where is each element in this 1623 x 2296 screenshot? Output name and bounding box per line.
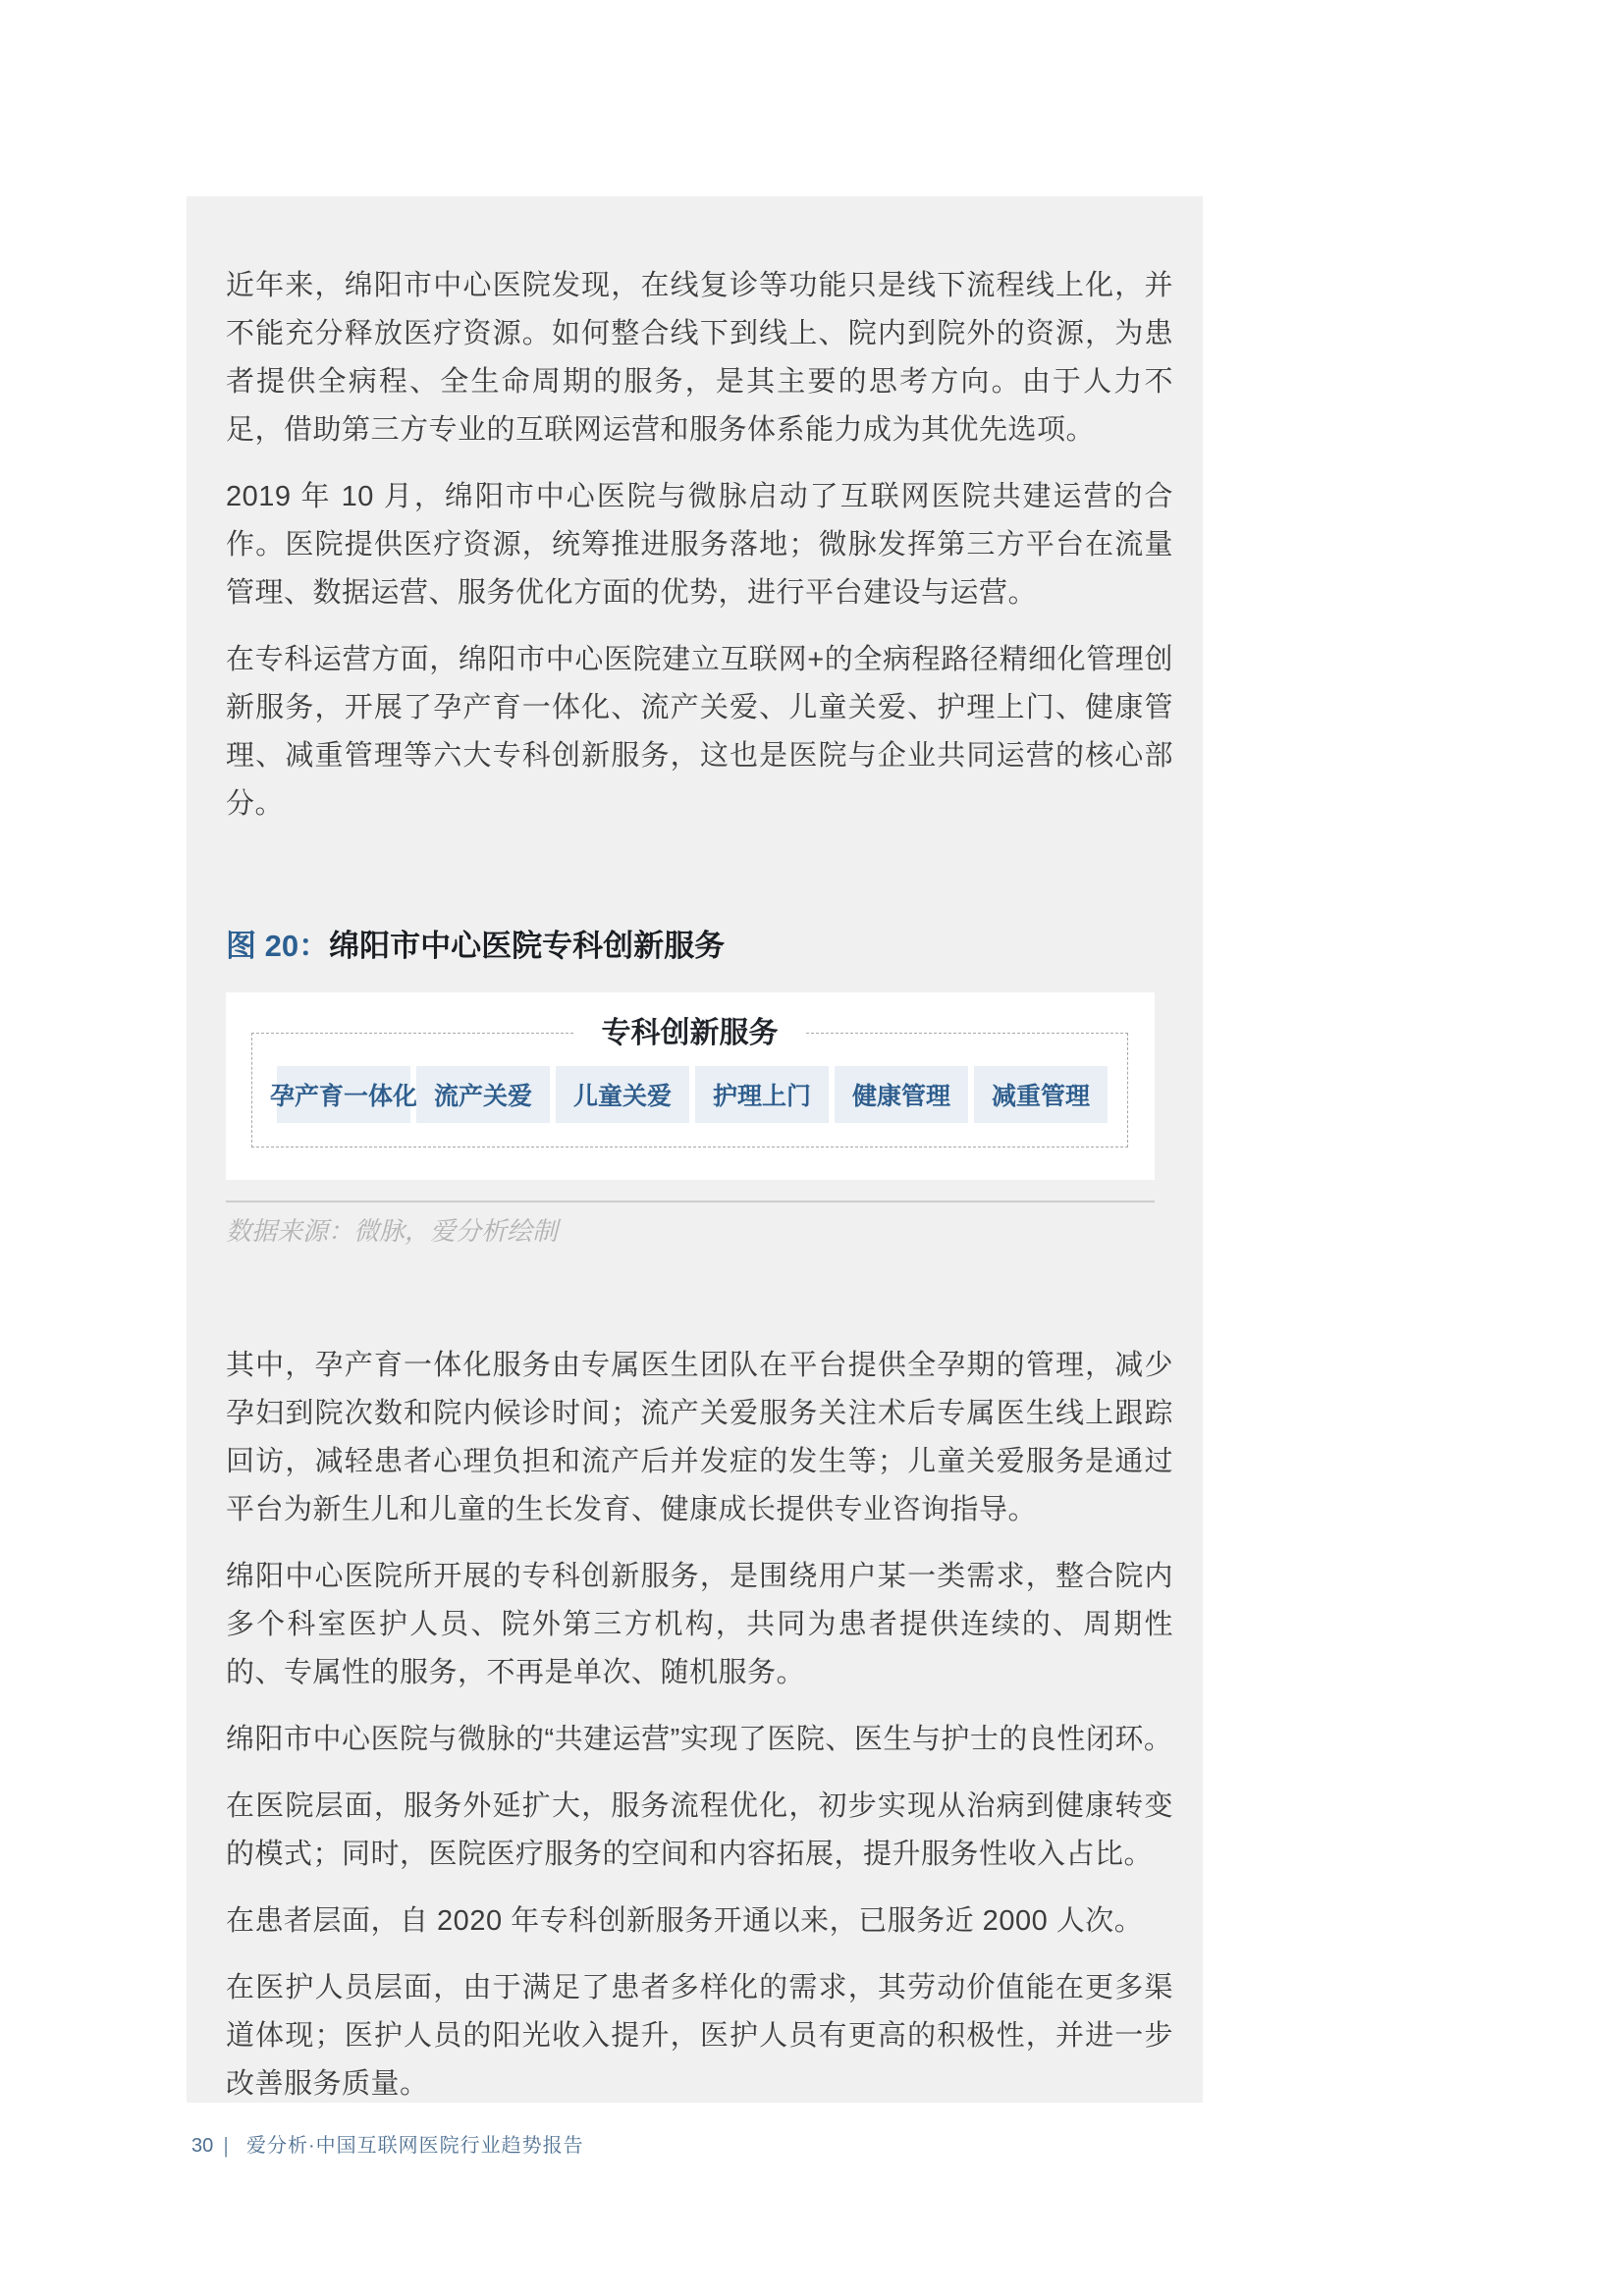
diagram-title: 专科创新服务 bbox=[574, 1016, 806, 1051]
page-footer: 30 | 爱分析·中国互联网医院行业趋势报告 bbox=[191, 2132, 584, 2160]
body-paragraph: 在专科运营方面，绵阳市中心医院建立互联网+的全病程路径精细化管理创新服务，开展了… bbox=[226, 636, 1173, 828]
footer-page-number: 30 bbox=[191, 2132, 213, 2160]
body-paragraph: 在医护人员层面，由于满足了患者多样化的需求，其劳动价值能在更多渠道体现；医护人员… bbox=[226, 1964, 1173, 2109]
body-paragraph: 绵阳市中心医院与微脉的“共建运营”实现了医院、医生与护士的良性闭环。 bbox=[226, 1716, 1173, 1764]
body-paragraph: 2019 年 10 月，绵阳市中心医院与微脉启动了互联网医院共建运营的合作。医院… bbox=[226, 473, 1173, 617]
diagram-dashed-container: 专科创新服务 孕产育一体化 流产关爱 儿童关爱 护理上门 健康管理 减重管理 bbox=[251, 1033, 1128, 1148]
body-paragraph: 近年来，绵阳市中心医院发现，在线复诊等功能只是线下流程线上化，并不能充分释放医疗… bbox=[226, 262, 1173, 454]
body-paragraph: 其中，孕产育一体化服务由专属医生团队在平台提供全孕期的管理，减少孕妇到院次数和院… bbox=[226, 1342, 1173, 1534]
body-paragraph: 绵阳中心医院所开展的专科创新服务，是围绕用户某一类需求，整合院内多个科室医护人员… bbox=[226, 1553, 1173, 1697]
document-page: 近年来，绵阳市中心医院发现，在线复诊等功能只是线下流程线上化，并不能充分释放医疗… bbox=[0, 0, 1623, 2296]
service-box: 护理上门 bbox=[695, 1066, 829, 1123]
service-box-row: 孕产育一体化 流产关爱 儿童关爱 护理上门 健康管理 减重管理 bbox=[277, 1066, 1108, 1123]
service-box: 孕产育一体化 bbox=[277, 1066, 410, 1123]
body-paragraph: 在医院层面，服务外延扩大，服务流程优化，初步实现从治病到健康转变的模式；同时，医… bbox=[226, 1783, 1173, 1879]
footer-report-title: 爱分析·中国互联网医院行业趋势报告 bbox=[246, 2132, 584, 2160]
content-panel: 近年来，绵阳市中心医院发现，在线复诊等功能只是线下流程线上化，并不能充分释放医疗… bbox=[187, 196, 1203, 2103]
figure-diagram: 专科创新服务 孕产育一体化 流产关爱 儿童关爱 护理上门 健康管理 减重管理 bbox=[226, 992, 1155, 1180]
source-note: 数据来源：微脉，爱分析绘制 bbox=[226, 1214, 1173, 1248]
footer-separator: | bbox=[223, 2132, 229, 2160]
figure-caption: 图 20：绵阳市中心医院专科创新服务 bbox=[226, 927, 1173, 966]
service-box: 儿童关爱 bbox=[556, 1066, 689, 1123]
service-box: 健康管理 bbox=[835, 1066, 968, 1123]
figure-divider bbox=[226, 1201, 1155, 1202]
figure-label: 图 20： bbox=[226, 929, 329, 963]
figure-title: 绵阳市中心医院专科创新服务 bbox=[329, 929, 725, 963]
body-paragraph: 在患者层面，自 2020 年专科创新服务开通以来，已服务近 2000 人次。 bbox=[226, 1897, 1173, 1946]
service-box: 流产关爱 bbox=[416, 1066, 550, 1123]
service-box: 减重管理 bbox=[974, 1066, 1108, 1123]
